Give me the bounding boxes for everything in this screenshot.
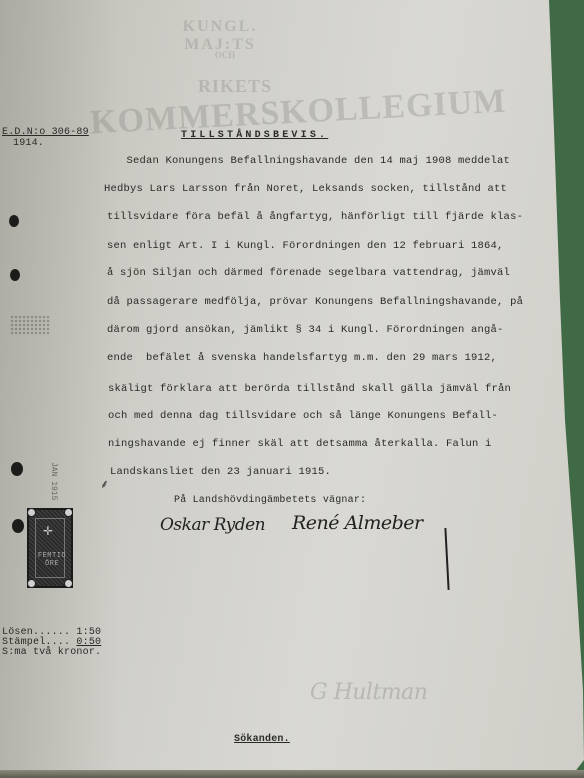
cross-icon: ✛ — [43, 524, 53, 538]
body-line: skäligt förklara att berörda tillstånd s… — [108, 383, 511, 395]
ink-smudge — [10, 315, 50, 335]
signature-1: Oskar Ryden — [160, 515, 265, 535]
signature-flourish — [444, 528, 449, 590]
check-mark-icon: ⸙ — [100, 475, 109, 492]
punch-hole-icon — [11, 462, 23, 476]
faded-signature: G Hultman — [310, 680, 427, 705]
watermark-line-2: OCH — [205, 50, 245, 60]
reference-number: E.D.N:o 306-89 — [2, 127, 89, 138]
date-stamp: JAN 1915 — [49, 462, 58, 500]
body-line: sen enligt Art. I i Kungl. Förordningen … — [107, 240, 504, 252]
body-line: tillsvidare föra befäl å ångfartyg, hänf… — [107, 211, 523, 223]
document-title: TILLSTÅNDSBEVIS. — [181, 130, 328, 141]
body-line: och med denna dag tillsvidare och så län… — [108, 410, 498, 422]
on-behalf-text: På Landshövdingämbetets vägnar: — [174, 495, 366, 506]
body-line: Hedbys Lars Larsson från Noret, Leksands… — [104, 183, 507, 195]
reference-year: 1914. — [13, 138, 44, 149]
punch-hole-icon — [9, 215, 19, 227]
watermark-line-1: KUNGL. MAJ:TS — [150, 18, 290, 54]
punch-hole-icon — [10, 269, 20, 281]
body-line: Landskansliet den 23 januari 1915. — [110, 466, 331, 478]
body-line: därom gjord ansökan, jämlikt § 34 i Kung… — [107, 324, 504, 336]
body-line: å sjön Siljan och därmed förenade segelb… — [107, 267, 510, 279]
body-line: Sedan Konungens Befallningshavande den 1… — [107, 155, 510, 167]
punch-hole-icon — [12, 519, 24, 533]
document-page: KUNGL. MAJ:TS OCH RIKETS KOMMERSKOLLEGIU… — [0, 0, 584, 778]
stamp-value: FEMTIO ÖRE — [33, 552, 71, 568]
signature-2: René Almeber — [292, 512, 423, 534]
page-bottom-edge — [0, 770, 584, 778]
fee-total: S:ma två kronor. — [2, 647, 101, 658]
body-line: då passagerare medfölja, prövar Konungen… — [107, 296, 523, 308]
body-line: ningshavande ej finner skäl att detsamma… — [108, 438, 492, 450]
revenue-stamp: ✛ FEMTIO ÖRE — [27, 508, 73, 588]
watermark-line-3: RIKETS — [195, 76, 275, 97]
applicant-label: Sökanden. — [234, 734, 290, 745]
body-line: ende befälet å svenska handelsfartyg m.m… — [107, 352, 497, 364]
